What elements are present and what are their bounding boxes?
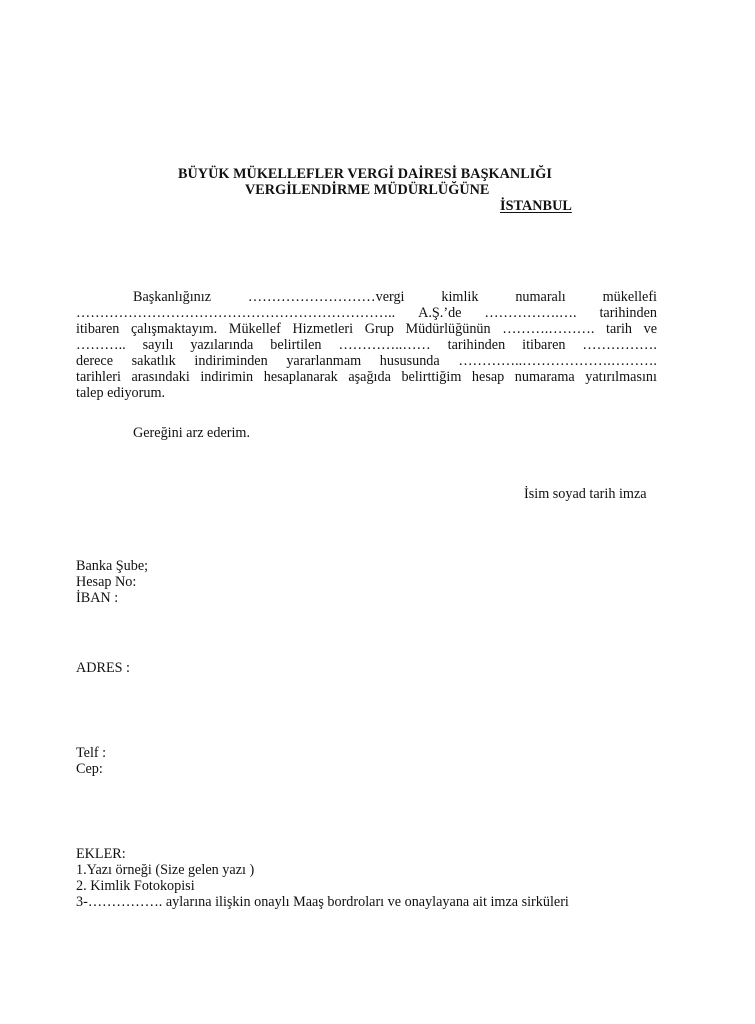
mobile-label: Cep: — [76, 761, 103, 777]
body-word: tarihinden — [448, 337, 506, 353]
body-line: derecesakatlıkindirimindenyararlanmamhus… — [76, 353, 657, 369]
addressee-city: İSTANBUL — [500, 198, 572, 214]
phone-label: Telf : — [76, 745, 106, 761]
body-word: …………..…… — [338, 337, 430, 353]
body-line: ………..sayılıyazılarındabelirtilen…………..……… — [76, 337, 657, 353]
body-line: Başkanlığınız………………………vergikimliknumaral… — [133, 289, 657, 305]
body-word: mükellefi — [603, 289, 657, 305]
bank-branch-label: Banka Şube; — [76, 558, 148, 574]
body-line: …………………………………………………………..A.Ş.’de…………….….t… — [76, 305, 657, 321]
body-word: belirtilen — [270, 337, 321, 353]
closing-text: Gereğini arz ederim. — [133, 425, 250, 441]
addressee-title: BÜYÜK MÜKELLEFLER VERGİ DAİRESİ BAŞKANLI… — [178, 166, 552, 182]
body-word: talep ediyorum. — [76, 385, 165, 401]
attachment-item: 2. Kimlik Fotokopisi — [76, 878, 195, 894]
body-line: itibarençalışmaktayım.MükellefHizmetleri… — [76, 321, 657, 337]
body-word: ve — [644, 321, 657, 337]
body-word: aşağıda — [348, 369, 391, 385]
body-word: Hizmetleri — [292, 321, 353, 337]
body-word: ………………………………………………………….. — [76, 305, 395, 321]
body-word: Müdürlüğünün — [405, 321, 490, 337]
body-word: yazılarında — [190, 337, 253, 353]
body-word: Mükellef — [229, 321, 281, 337]
document-page: BÜYÜK MÜKELLEFLER VERGİ DAİRESİ BAŞKANLI… — [0, 0, 755, 1024]
account-number-label: Hesap No: — [76, 574, 136, 590]
body-word: tarih — [606, 321, 632, 337]
body-word: ……………. — [582, 337, 656, 353]
body-line: tarihleriarasındakiindiriminhesaplanarak… — [76, 369, 657, 385]
body-word: …………..……………….………. — [458, 353, 657, 369]
body-word: derece — [76, 353, 113, 369]
body-line: talep ediyorum. — [76, 385, 657, 401]
address-label: ADRES : — [76, 660, 130, 676]
body-word: sayılı — [143, 337, 174, 353]
body-word: indiriminden — [194, 353, 267, 369]
body-word: kimlik — [441, 289, 478, 305]
body-word: numaralı — [515, 289, 565, 305]
body-word: …………….…. — [484, 305, 576, 321]
body-word: arasındaki — [131, 369, 189, 385]
body-word: ……….. — [76, 337, 126, 353]
attachments-title: EKLER: — [76, 846, 126, 862]
body-word: hususunda — [380, 353, 440, 369]
body-word: ……….………. — [502, 321, 594, 337]
body-word: tarihleri — [76, 369, 121, 385]
addressee-department: VERGİLENDİRME MÜDÜRLÜĞÜNE — [245, 182, 489, 198]
attachment-item: 3-……………. aylarına ilişkin onaylı Maaş bo… — [76, 894, 569, 910]
body-word: Başkanlığınız — [133, 289, 211, 305]
body-word: ………………………vergi — [248, 289, 405, 305]
body-word: hesap — [472, 369, 504, 385]
body-word: A.Ş.’de — [418, 305, 461, 321]
body-word: itibaren — [522, 337, 565, 353]
body-word: çalışmaktayım. — [131, 321, 217, 337]
iban-label: İBAN : — [76, 590, 118, 606]
body-word: hesaplanarak — [264, 369, 338, 385]
body-word: yararlanmam — [286, 353, 361, 369]
body-word: yatırılmasını — [585, 369, 657, 385]
attachment-item: 1.Yazı örneği (Size gelen yazı ) — [76, 862, 254, 878]
signature-label: İsim soyad tarih imza — [524, 486, 647, 502]
body-word: tarihinden — [599, 305, 657, 321]
body-word: indirimin — [200, 369, 253, 385]
body-word: itibaren — [76, 321, 119, 337]
body-word: belirttiğim — [401, 369, 461, 385]
body-word: sakatlık — [132, 353, 176, 369]
body-word: numarama — [515, 369, 575, 385]
body-word: Grup — [365, 321, 394, 337]
